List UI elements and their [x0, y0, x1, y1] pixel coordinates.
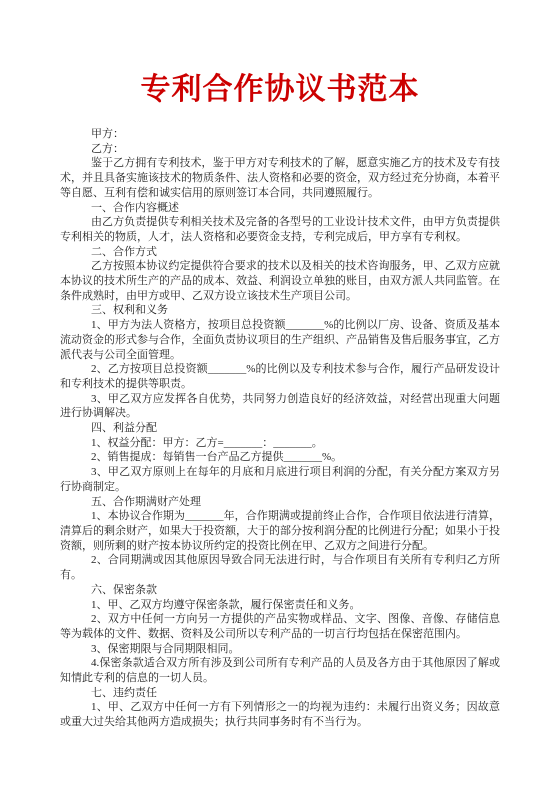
section-heading: 一、合作内容概述 [60, 201, 500, 216]
paragraph: 1、甲方为法人资格方，按项目总投资额_______%的比例以厂房、设备、资质及基… [60, 318, 500, 362]
party-label: 乙方： [60, 142, 500, 157]
paragraph: 3、甲乙双方应发挥各自优势，共同努力创造良好的经济效益，对经营出现重大问题进行协… [60, 392, 500, 421]
paragraph: 3、保密期限与合同期限相同。 [60, 642, 500, 657]
paragraph: 1、权益分配：甲方：乙方=_______：_______。 [60, 436, 500, 451]
section-heading: 七、违约责任 [60, 686, 500, 701]
section-heading: 六、保密条款 [60, 583, 500, 598]
section-heading: 二、合作方式 [60, 245, 500, 260]
paragraph: 鉴于乙方拥有专利技术，鉴于甲方对专利技术的了解，愿意实施乙方的技术及专有技术，并… [60, 156, 500, 200]
paragraph: 1、甲、乙双方均遵守保密条款，履行保密责任和义务。 [60, 598, 500, 613]
party-label: 甲方： [60, 127, 500, 142]
section-heading: 四、利益分配 [60, 421, 500, 436]
paragraph: 3、甲乙双方原则上在每年的月底和月底进行项目利润的分配，有关分配方案双方另行协商… [60, 465, 500, 494]
paragraph: 2、乙方按项目总投资额_______%的比例以及专利技术参与合作，履行产品研发设… [60, 362, 500, 391]
section-heading: 三、权利和义务 [60, 303, 500, 318]
paragraph: 4.保密条款适合双方所有涉及到公司所有专利产品的人员及各方由于其他原因了解或知情… [60, 656, 500, 685]
paragraph: 2、双方中任何一方向另一方提供的产品实物或样品、文字、图像、音像、存储信息等为载… [60, 612, 500, 641]
paragraph: 1、本协议合作期为_______年，合作期满或提前终止合作，合作项目依法进行清算… [60, 509, 500, 553]
document-page: 专利合作协议书范本 甲方：乙方：鉴于乙方拥有专利技术，鉴于甲方对专利技术的了解，… [0, 0, 560, 792]
document-body: 甲方：乙方：鉴于乙方拥有专利技术，鉴于甲方对专利技术的了解，愿意实施乙方的技术及… [60, 127, 500, 730]
paragraph: 1、甲、乙双方中任何一方有下列情形之一的均视为违约：未履行出资义务；因故意或重大… [60, 700, 500, 729]
paragraph: 2、销售提成：每销售一台产品乙方提供_______%。 [60, 450, 500, 465]
paragraph: 由乙方负责提供专利相关技术及完备的各型号的工业设计技术文件，由甲方负责提供专利相… [60, 215, 500, 244]
paragraph: 乙方按照本协议约定提供符合要求的技术以及相关的技术咨询服务，甲、乙双方应就本协议… [60, 259, 500, 303]
document-title: 专利合作协议书范本 [0, 70, 560, 110]
section-heading: 五、合作期满财产处理 [60, 495, 500, 510]
paragraph: 2、合同期满或因其他原因导致合同无法进行时，与合作项目有关所有专利归乙方所有。 [60, 553, 500, 582]
